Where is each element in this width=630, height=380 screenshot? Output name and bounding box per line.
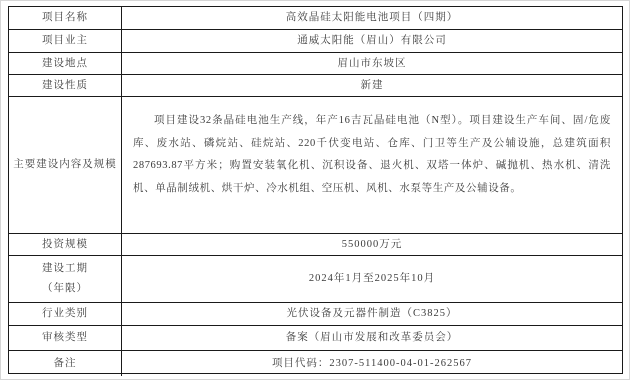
row-label: 行业类别 <box>9 303 122 325</box>
row-label-line2: （年限） <box>42 282 88 296</box>
table-row-investment-scale: 投资规模 550000万元 <box>9 234 622 256</box>
project-info-table: 项目名称 高效晶硅太阳能电池项目（四期） 项目业主 通威太阳能（眉山）有限公司 … <box>8 6 623 374</box>
row-value: 2024年1月至2025年10月 <box>122 256 622 302</box>
row-value: 通威太阳能（眉山）有限公司 <box>122 30 622 52</box>
row-label: 主要建设内容及规模 <box>9 97 122 233</box>
row-label: 建设工期 （年限） <box>9 256 122 302</box>
table-row-remarks: 备注 项目代码：2307-511400-04-01-262567 <box>9 351 622 376</box>
row-value: 项目代码：2307-511400-04-01-262567 <box>122 351 622 376</box>
row-label: 建设地点 <box>9 53 122 74</box>
table-row-main-content-scale: 主要建设内容及规模 项目建设32条晶硅电池生产线，年产16吉瓦晶硅电池（N型）。… <box>9 97 622 234</box>
row-value: 项目建设32条晶硅电池生产线，年产16吉瓦晶硅电池（N型）。项目建设生产车间、固… <box>122 97 622 233</box>
row-label: 审核类型 <box>9 326 122 350</box>
row-value: 新建 <box>122 75 622 96</box>
row-value: 高效晶硅太阳能电池项目（四期） <box>122 7 622 29</box>
table-row-location: 建设地点 眉山市东坡区 <box>9 53 622 75</box>
row-label: 备注 <box>9 351 122 376</box>
row-label: 建设性质 <box>9 75 122 96</box>
table-row-review-type: 审核类型 备案（眉山市发展和改革委员会） <box>9 326 622 351</box>
row-value: 550000万元 <box>122 234 622 255</box>
row-label-line1: 建设工期 <box>42 262 88 276</box>
table-row-project-name: 项目名称 高效晶硅太阳能电池项目（四期） <box>9 7 622 30</box>
table-row-industry-category: 行业类别 光伏设备及元器件制造（C3825） <box>9 303 622 326</box>
table-row-construction-nature: 建设性质 新建 <box>9 75 622 97</box>
main-content-paragraph: 项目建设32条晶硅电池生产线，年产16吉瓦晶硅电池（N型）。项目建设生产车间、固… <box>133 110 611 200</box>
row-label: 投资规模 <box>9 234 122 255</box>
document-page: { "page": { "background": "#ffffff", "bo… <box>0 0 630 380</box>
table-row-project-owner: 项目业主 通威太阳能（眉山）有限公司 <box>9 30 622 53</box>
row-label: 项目名称 <box>9 7 122 29</box>
table-row-construction-period: 建设工期 （年限） 2024年1月至2025年10月 <box>9 256 622 303</box>
row-value: 眉山市东坡区 <box>122 53 622 74</box>
row-value: 光伏设备及元器件制造（C3825） <box>122 303 622 325</box>
row-label: 项目业主 <box>9 30 122 52</box>
row-value: 备案（眉山市发展和改革委员会） <box>122 326 622 350</box>
